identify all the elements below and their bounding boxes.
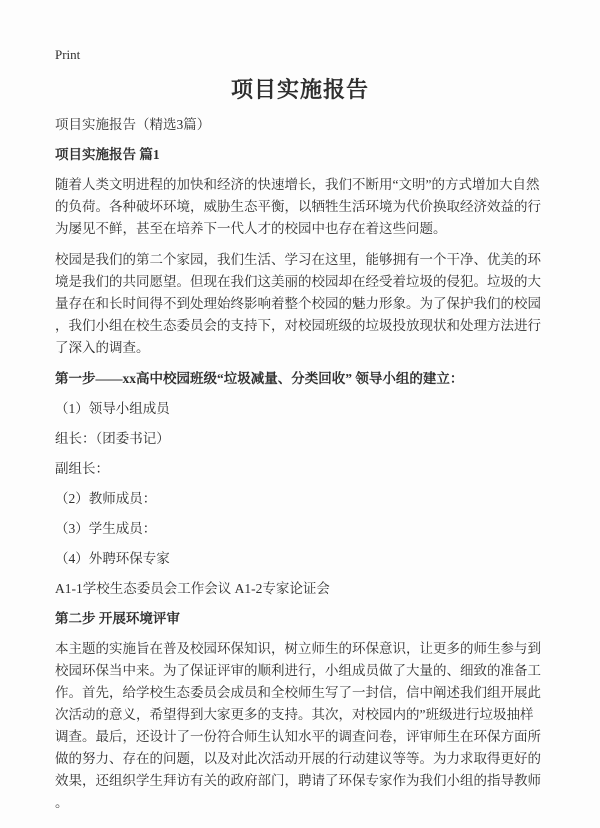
step1-line-group-leader: 组长：（团委书记）	[55, 428, 545, 450]
step1-line-deputy-leader: 副组长：	[55, 458, 545, 480]
article1-heading: 项目实施报告 篇1	[55, 144, 545, 166]
article1-paragraph-1: 随着人类文明进程的加快和经济的快速增长，我们不断用“文明”的方式增加大自然的负荷…	[55, 174, 545, 240]
step1-heading: 第一步——xx高中校园班级“垃圾减量、分类回收” 领导小组的建立：	[55, 368, 545, 390]
print-link[interactable]: Print	[55, 44, 80, 66]
step2-paragraph-1: 本主题的实施旨在普及校园环保知识，树立师生的环保意识，让更多的师生参与到校园环保…	[55, 638, 545, 814]
step1-line-external-experts: （4）外聘环保专家	[55, 548, 545, 570]
document-page: Print 项目实施报告 项目实施报告（精选3篇） 项目实施报告 篇1 随着人类…	[0, 0, 600, 828]
step1-line-meetings: A1-1学校生态委员会工作会议 A1-2专家论证会	[55, 578, 545, 600]
step1-line-teacher-members: （2）教师成员：	[55, 488, 545, 510]
step2-heading: 第二步 开展环境评审	[55, 608, 545, 630]
article1-paragraph-2: 校园是我们的第二个家园，我们生活、学习在这里，能够拥有一个干净、优美的环境是我们…	[55, 249, 545, 359]
page-title: 项目实施报告	[55, 74, 545, 106]
doc-subtitle: 项目实施报告（精选3篇）	[55, 114, 545, 136]
step1-line-student-members: （3）学生成员：	[55, 518, 545, 540]
step1-line-leader-group-members: （1）领导小组成员	[55, 398, 545, 420]
